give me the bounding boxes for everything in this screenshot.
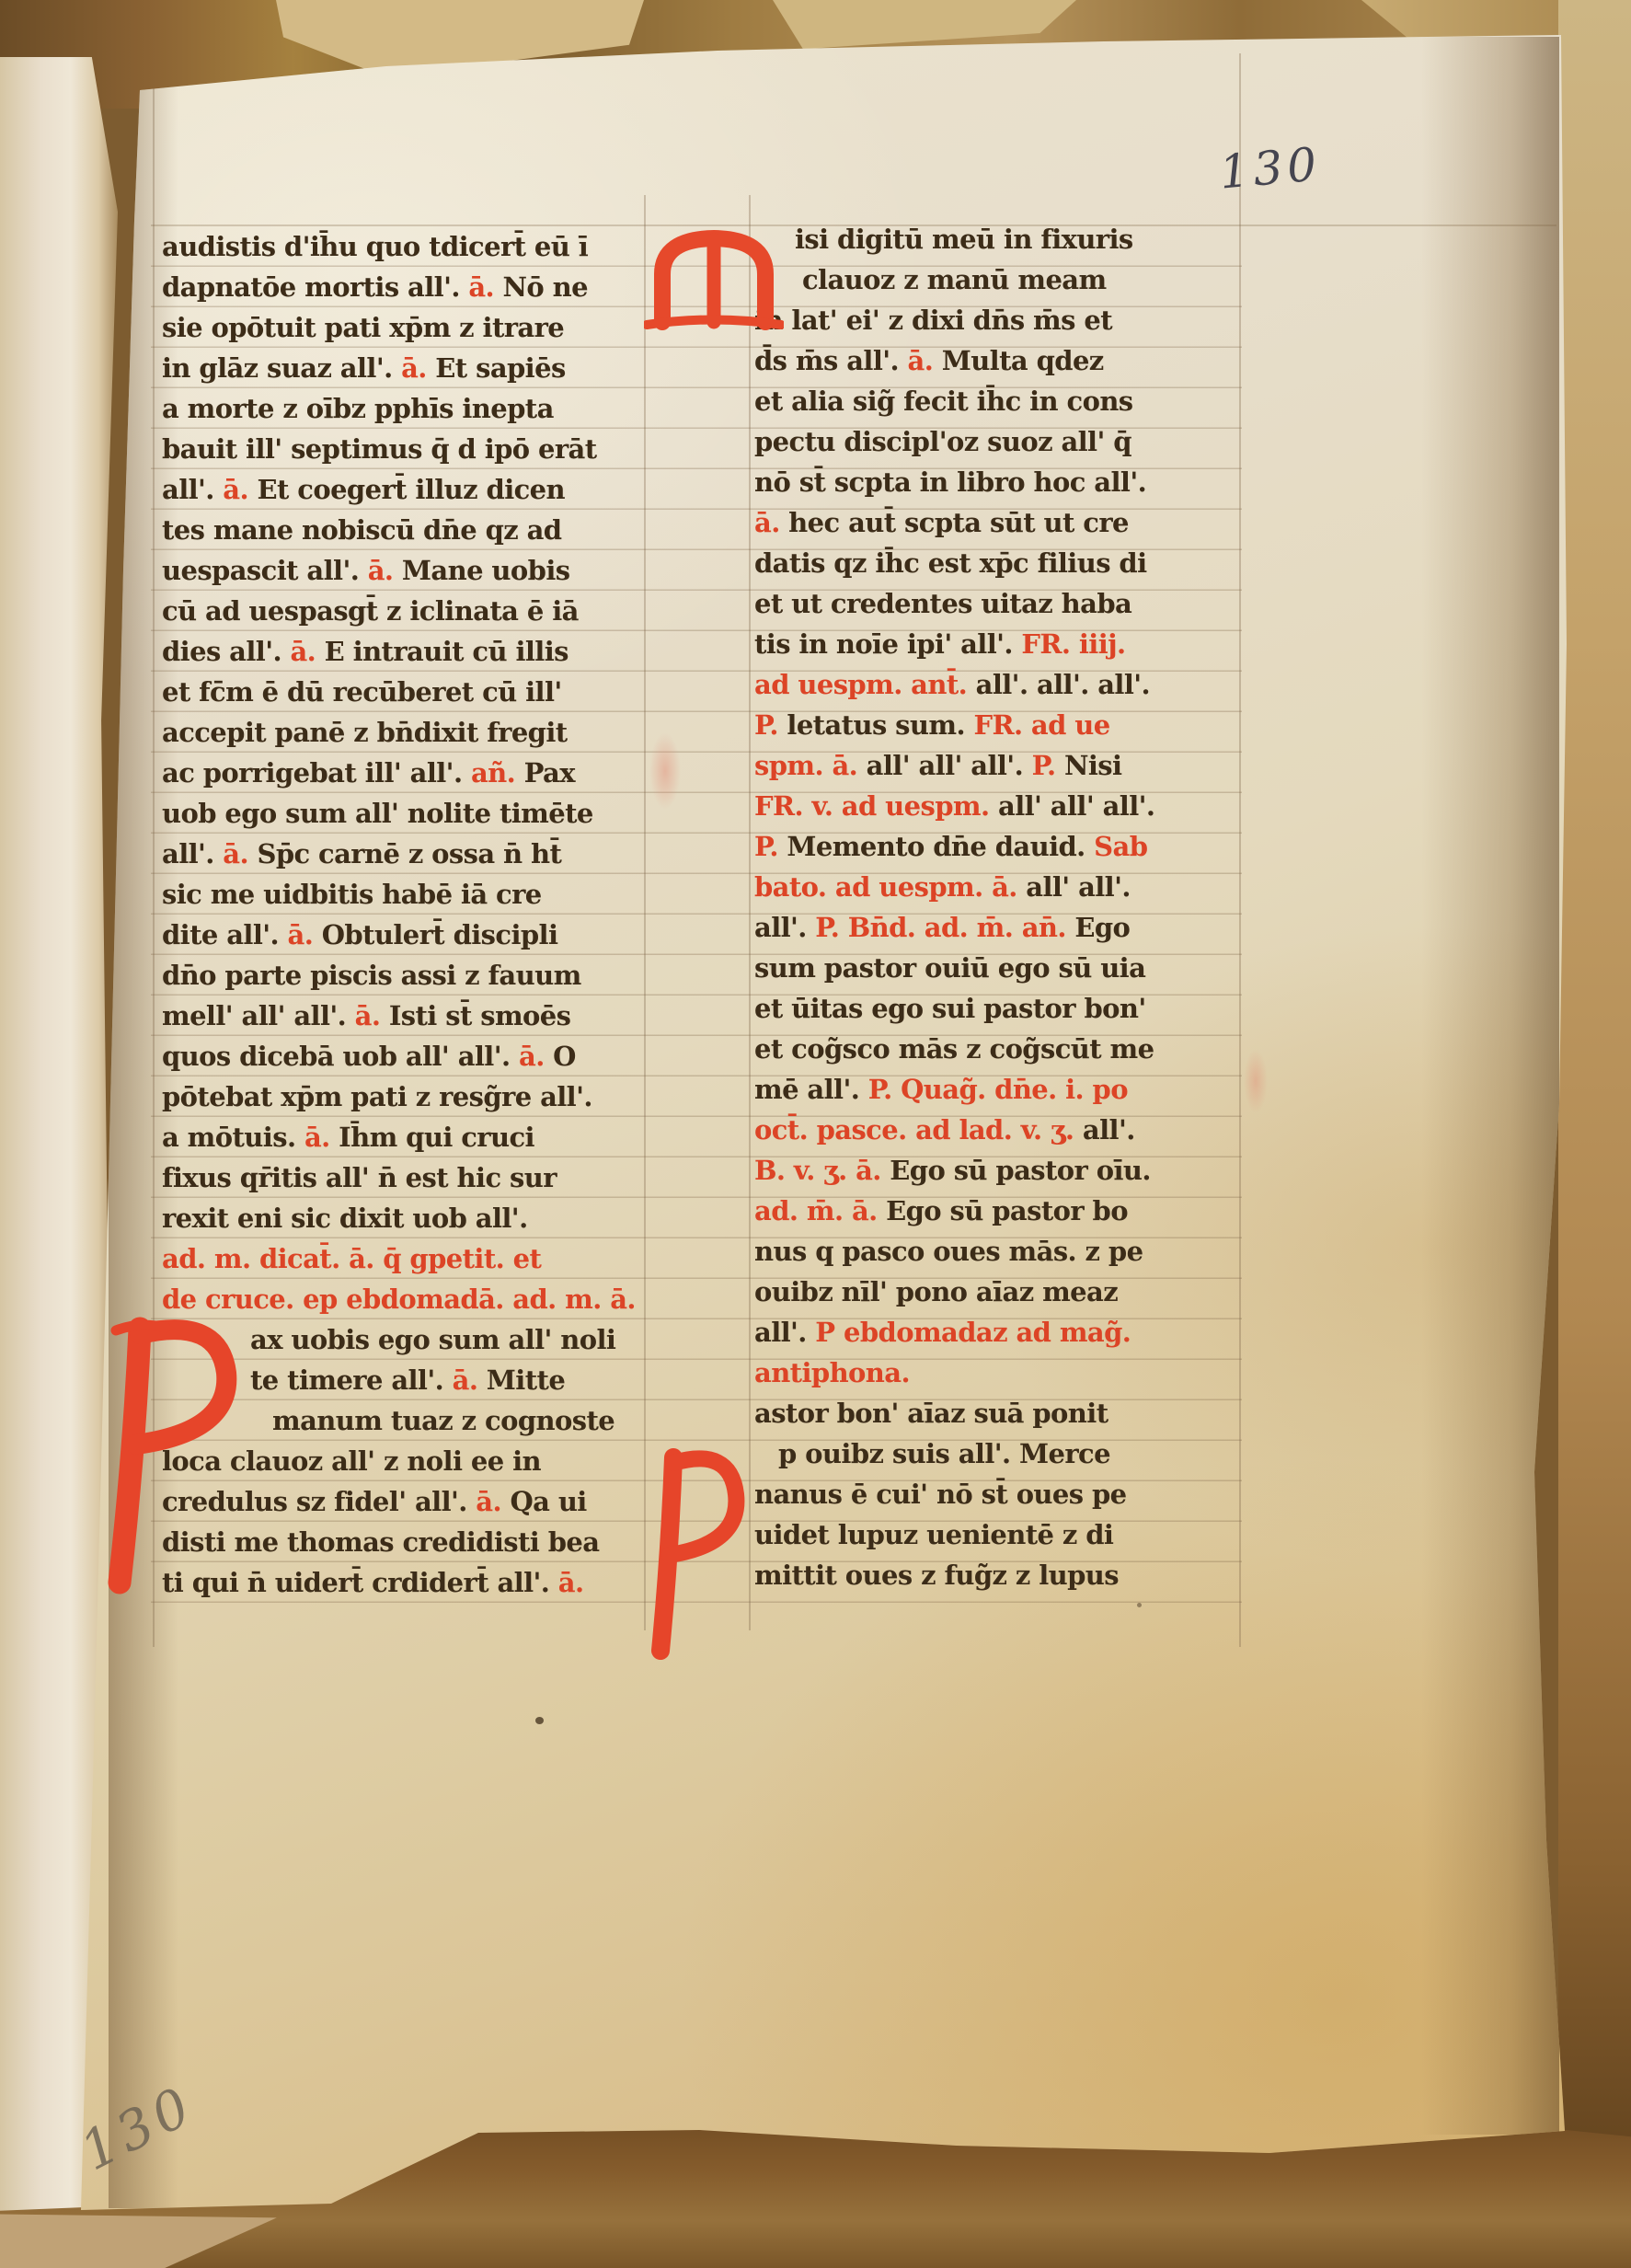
rubric-text: ā.: [288, 919, 314, 950]
manuscript-text-line: clauoz z manū meam: [754, 259, 1256, 300]
ink-text: letatus sum.: [787, 709, 973, 741]
ink-text: Mane uobis: [393, 555, 569, 586]
ink-text: fixus qr̄itis all' n̄ est hic sur: [162, 1162, 557, 1193]
manuscript-text-line: et fc̄m ē dū recūberet cū ill': [162, 672, 659, 712]
manuscript-text-line: in lat' ei' z dixi dn̄s m̄s et: [754, 300, 1256, 340]
manuscript-text-line: bauit ill' septimus q̄ d ipō erāt: [162, 429, 659, 469]
rubric-text: ā.: [401, 352, 427, 384]
rubric-text: Sab: [1094, 831, 1147, 862]
rubric-text: ā.: [223, 838, 248, 869]
ink-text: uidet lupuz uenientē z di: [754, 1519, 1113, 1550]
ink-text: all'.: [754, 1317, 815, 1348]
ink-text: a mōtuis.: [162, 1122, 304, 1153]
rubric-text: P. Bn̄d. ad. m̄. an̄.: [815, 912, 1074, 943]
ink-text: et fc̄m ē dū recūberet cū ill': [162, 676, 562, 708]
manuscript-text-line: isi digitū meū in fixuris: [754, 219, 1256, 259]
rubric-text: ā.: [223, 474, 248, 505]
ink-text: E intrauit cū illis: [316, 636, 569, 667]
ink-text: dite all'.: [162, 919, 288, 950]
ink-text: clauoz z manū meam: [802, 264, 1107, 295]
manuscript-text-line: dite all'. ā. Obtulert̄ discipli: [162, 915, 659, 955]
ink-text: pōtebat xp̄m pati z resg̃re all'.: [162, 1081, 592, 1112]
ink-text: cū ad uespasgt̄ z iclinata ē iā: [162, 595, 579, 627]
manuscript-text-line: ac porrigebat ill' all'. añ. Pax: [162, 753, 659, 793]
rubric-text: ā.: [519, 1041, 545, 1072]
ink-text: datis qz ih̄c est xp̄c filius di: [754, 547, 1147, 579]
ink-text: et ut credentes uitaz haba: [754, 588, 1131, 619]
manuscript-text-line: pectu discipl'oz suoz all' q̄: [754, 421, 1256, 462]
ink-text: Memento dn̄e dauid.: [787, 831, 1094, 862]
manuscript-text-line: p ouibz suis all'. Merce: [754, 1433, 1256, 1474]
ink-text: mittit oues z fug̃z z lupus: [754, 1560, 1119, 1591]
rubric-text: FR. v. ad uespm.: [754, 790, 998, 822]
ink-text: d̄s m̄s all'.: [754, 345, 908, 376]
ink-text: tis in noīe ipi' all'.: [754, 628, 1021, 660]
rubric-text: ā.: [558, 1567, 584, 1598]
ink-text: Et coegert̄ illuz dicen: [248, 474, 565, 505]
ink-text: tes mane nobiscū dn̄e qz ad: [162, 514, 561, 546]
page-curl-shadow: [1421, 37, 1559, 2135]
manuscript-text-line: oct̄. pasce. ad lad. v. ʒ. all'.: [754, 1110, 1256, 1150]
ink-text: sic me uidbitis habē iā cre: [162, 879, 542, 910]
manuscript-text-line: antiphona.: [754, 1353, 1256, 1393]
ink-text: Qa ui: [501, 1486, 587, 1517]
rubric-text: P.: [1032, 750, 1064, 781]
manuscript-text-line: FR. v. ad uespm. all' all' all'.: [754, 786, 1256, 826]
ink-text: isi digitū meū in fixuris: [795, 224, 1133, 255]
manuscript-text-line: dies all'. ā. E intrauit cū illis: [162, 631, 659, 672]
ink-speck: [1137, 1603, 1142, 1607]
rubric-text: de cruce. ep ebdomadā. ad. m. ā.: [162, 1284, 636, 1315]
manuscript-text-line: all'. ā. Sp̄c carnē z ossa n̄ ht̄: [162, 834, 659, 874]
manuscript-text-line: dapnatōe mortis all'. ā. Nō ne: [162, 267, 659, 307]
manuscript-text-line: in glāz suaz all'. ā. Et sapiēs: [162, 348, 659, 388]
manuscript-text-line: ā. hec aut̄ scpta sūt ut cre: [754, 502, 1256, 543]
rubric-text: ad. m. dicat̄. ā. q̄ gpetit. et: [162, 1243, 541, 1274]
ink-text: hec aut̄ scpta sūt ut cre: [780, 507, 1129, 538]
manuscript-text-line: all'. P ebdomadaz ad mag̃.: [754, 1312, 1256, 1353]
manuscript-text-line: uespascit all'. ā. Mane uobis: [162, 550, 659, 591]
rubric-text: P ebdomadaz ad mag̃.: [815, 1317, 1131, 1348]
manuscript-text-line: ad. m. dicat̄. ā. q̄ gpetit. et: [162, 1238, 659, 1279]
ink-speck: [535, 1717, 544, 1724]
ink-text: Nisi: [1064, 750, 1121, 781]
ink-text: Multa qdez: [933, 345, 1103, 376]
rubric-text: P. Quag̃. dn̄e. i. po: [868, 1074, 1128, 1105]
manuscript-text-line: quos dicebā uob all' all'. ā. O: [162, 1036, 659, 1076]
rubric-text: spm. ā.: [754, 750, 867, 781]
ink-text: Sp̄c carnē z ossa n̄ ht̄: [248, 838, 561, 869]
manuscript-text-line: datis qz ih̄c est xp̄c filius di: [754, 543, 1256, 583]
ink-text: mell' all' all'.: [162, 1000, 355, 1031]
ink-text: nanus ē cui' nō st̄ oues pe: [754, 1479, 1127, 1510]
manuscript-text-line: mell' all' all'. ā. Isti st̄ smoēs: [162, 996, 659, 1036]
ink-text: audistis d'ih̄u quo tdicert̄ eū ī: [162, 231, 588, 262]
ink-text: ax uobis ego sum all' noli: [250, 1324, 615, 1355]
ink-text: in glāz suaz all'.: [162, 352, 401, 384]
rubric-text: ad. m̄. ā.: [754, 1195, 886, 1226]
manuscript-text-line: uob ego sum all' nolite timēte: [162, 793, 659, 834]
manuscript-text-line: astor bon' aīaz suā ponit: [754, 1393, 1256, 1433]
manuscript-text-line: ad. m̄. ā. Ego sū pastor bo: [754, 1191, 1256, 1231]
manuscript-text-line: all'. P. Bn̄d. ad. m̄. an̄. Ego: [754, 907, 1256, 948]
manuscript-text-line: mē all'. P. Quag̃. dn̄e. i. po: [754, 1069, 1256, 1110]
rubric-text: P.: [754, 709, 787, 741]
manuscript-text-line: a morte z oībz pphīs inepta: [162, 388, 659, 429]
ink-text: ac porrigebat ill' all'.: [162, 757, 471, 789]
ink-text: nus q pasco oues mās. z pe: [754, 1236, 1143, 1267]
ink-text: all'.: [162, 838, 223, 869]
rubric-text: P.: [754, 831, 787, 862]
ink-text: uob ego sum all' nolite timēte: [162, 798, 593, 829]
ink-text: Et sapiēs: [427, 352, 566, 384]
ink-text: Ego sū pastor bo: [886, 1195, 1128, 1226]
rubric-text: FR. iiij.: [1021, 628, 1125, 660]
ink-text: nō st̄ scpta in libro hoc all'.: [754, 466, 1146, 498]
manuscript-text-line: P. Memento dn̄e dauid. Sab: [754, 826, 1256, 867]
manuscript-text-line: et ut credentes uitaz haba: [754, 583, 1256, 624]
ink-text: Isti st̄ smoēs: [380, 1000, 570, 1031]
initial-P-right-icon: [637, 1445, 747, 1661]
rubric-text: bato. ad uespm. ā.: [754, 871, 1026, 903]
ruling-line-vertical: [749, 195, 751, 1630]
ink-text: dapnatōe mortis all'.: [162, 271, 468, 303]
manuscript-page: 130 130 audistis d'ih̄u quo tdicert̄ eū…: [0, 0, 1631, 2268]
ink-text: sum pastor ouiū ego sū uia: [754, 952, 1145, 984]
ink-text: in lat' ei' z dixi dn̄s m̄s et: [754, 305, 1112, 336]
rubric-text: ā.: [908, 345, 934, 376]
manuscript-text-line: nō st̄ scpta in libro hoc all'.: [754, 462, 1256, 502]
ink-text: O: [545, 1041, 576, 1072]
ink-text: p ouibz suis all'. Merce: [778, 1438, 1110, 1469]
ink-text: et ūitas ego sui pastor bon': [754, 993, 1146, 1024]
manuscript-text-line: accepit panē z bn̄dixit fregit: [162, 712, 659, 753]
manuscript-text-line: tis in noīe ipi' all'. FR. iiij.: [754, 624, 1256, 664]
rubric-text: antiphona.: [754, 1357, 910, 1388]
rubric-text: ā.: [290, 636, 316, 667]
ink-text: all'. all'. all'.: [976, 669, 1150, 700]
manuscript-text-line: bato. ad uespm. ā. all' all'.: [754, 867, 1256, 907]
manuscript-text-line: nanus ē cui' nō st̄ oues pe: [754, 1474, 1256, 1514]
ink-text: sie opōtuit pati xp̄m z itrare: [162, 312, 564, 343]
ink-text: et cog̃sco mās z cog̃scūt me: [754, 1033, 1154, 1065]
manuscript-text-line: uidet lupuz uenientē z di: [754, 1514, 1256, 1555]
manuscript-text-line: d̄s m̄s all'. ā. Multa qdez: [754, 340, 1256, 381]
ink-text: astor bon' aīaz suā ponit: [754, 1398, 1108, 1429]
ink-text: ouibz nīl' pono aīaz meaz: [754, 1276, 1118, 1307]
ink-text: manum tuaz z cognoste: [272, 1405, 614, 1436]
manuscript-text-line: dn̄o parte piscis assi z fauum: [162, 955, 659, 996]
ink-text: all'.: [162, 474, 223, 505]
manuscript-text-line: audistis d'ih̄u quo tdicert̄ eū ī: [162, 226, 659, 267]
rubric-text: ā.: [304, 1122, 330, 1153]
ink-text: mē all'.: [754, 1074, 868, 1105]
manuscript-text-line: a mōtuis. ā. Ih̄m qui cruci: [162, 1117, 659, 1157]
ink-text: dies all'.: [162, 636, 290, 667]
ink-text: all'.: [1083, 1114, 1135, 1146]
manuscript-text-line: ad uespm. ant̄. all'. all'. all'.: [754, 664, 1256, 705]
ink-text: Mitte: [477, 1364, 565, 1396]
rubric-text: ā.: [368, 555, 394, 586]
ink-text: te timere all'.: [250, 1364, 453, 1396]
manuscript-text-line: ouibz nīl' pono aīaz meaz: [754, 1272, 1256, 1312]
ink-text: Ego: [1074, 912, 1130, 943]
ink-text: a morte z oībz pphīs inepta: [162, 393, 554, 424]
right-text-column: isi digitū meū in fixurisclauoz z manu…: [754, 219, 1256, 1595]
ink-text: accepit panē z bn̄dixit fregit: [162, 717, 568, 748]
page-stack-right: [1558, 0, 1631, 2268]
ink-text: Obtulert̄ discipli: [313, 919, 557, 950]
rubric-text: ad uespm. ant̄.: [754, 669, 976, 700]
manuscript-text-line: sum pastor ouiū ego sū uia: [754, 948, 1256, 988]
ink-text: all' all'.: [1026, 871, 1131, 903]
manuscript-text-line: nus q pasco oues mās. z pe: [754, 1231, 1256, 1272]
rubric-text: B. v. ʒ. ā.: [754, 1155, 890, 1186]
rubric-text: ā.: [453, 1364, 478, 1396]
ink-text: pectu discipl'oz suoz all' q̄: [754, 426, 1131, 457]
rubric-text: ā.: [355, 1000, 381, 1031]
ink-text: Pax: [515, 757, 575, 789]
ink-text: Ih̄m qui cruci: [330, 1122, 534, 1153]
manuscript-text-line: B. v. ʒ. ā. Ego sū pastor oīu.: [754, 1150, 1256, 1191]
ink-text: dn̄o parte piscis assi z fauum: [162, 960, 581, 991]
ink-text: all' all' all'.: [998, 790, 1154, 822]
manuscript-text-line: sic me uidbitis habē iā cre: [162, 874, 659, 915]
ink-text: all' all' all'.: [867, 750, 1032, 781]
initial-M-icon: [644, 226, 784, 337]
ink-text: Nō ne: [494, 271, 588, 303]
manuscript-text-line: sie opōtuit pati xp̄m z itrare: [162, 307, 659, 348]
manuscript-text-line: tes mane nobiscū dn̄e qz ad: [162, 510, 659, 550]
manuscript-text-line: fixus qr̄itis all' n̄ est hic sur: [162, 1157, 659, 1198]
manuscript-text-line: pōtebat xp̄m pati z resg̃re all'.: [162, 1076, 659, 1117]
ink-text: rexit eni sic dixit uob all'.: [162, 1203, 528, 1234]
manuscript-text-line: et ūitas ego sui pastor bon': [754, 988, 1256, 1029]
rubric-text: oct̄. pasce. ad lad. v. ʒ.: [754, 1114, 1083, 1146]
manuscript-text-line: et cog̃sco mās z cog̃scūt me: [754, 1029, 1256, 1069]
manuscript-photo: { "photo": { "subject": "Medieval liturg…: [0, 0, 1631, 2268]
manuscript-text-line: all'. ā. Et coegert̄ illuz dicen: [162, 469, 659, 510]
initial-P-left-icon: [92, 1314, 239, 1595]
rubric-text: ā.: [468, 271, 494, 303]
ink-text: uespascit all'.: [162, 555, 368, 586]
manuscript-text-line: spm. ā. all' all' all'. P. Nisi: [754, 745, 1256, 786]
rubric-text: ā.: [476, 1486, 501, 1517]
ink-text: bauit ill' septimus q̄ d ipō erāt: [162, 433, 597, 465]
rubric-text: FR. ad ue: [973, 709, 1109, 741]
ink-text: quos dicebā uob all' all'.: [162, 1041, 519, 1072]
manuscript-text-line: P. letatus sum. FR. ad ue: [754, 705, 1256, 745]
rubric-text: añ.: [471, 757, 515, 789]
rubric-text: ā.: [754, 507, 780, 538]
folio-number-top: 130: [1217, 130, 1406, 210]
manuscript-text-line: et alia sig̃ fecit ih̄c in cons: [754, 381, 1256, 421]
ink-text: et alia sig̃ fecit ih̄c in cons: [754, 386, 1133, 417]
manuscript-text-line: mittit oues z fug̃z z lupus: [754, 1555, 1256, 1595]
manuscript-text-line: cū ad uespasgt̄ z iclinata ē iā: [162, 591, 659, 631]
manuscript-text-line: rexit eni sic dixit uob all'.: [162, 1198, 659, 1238]
ink-text: Ego sū pastor oīu.: [890, 1155, 1151, 1186]
ink-text: all'.: [754, 912, 815, 943]
